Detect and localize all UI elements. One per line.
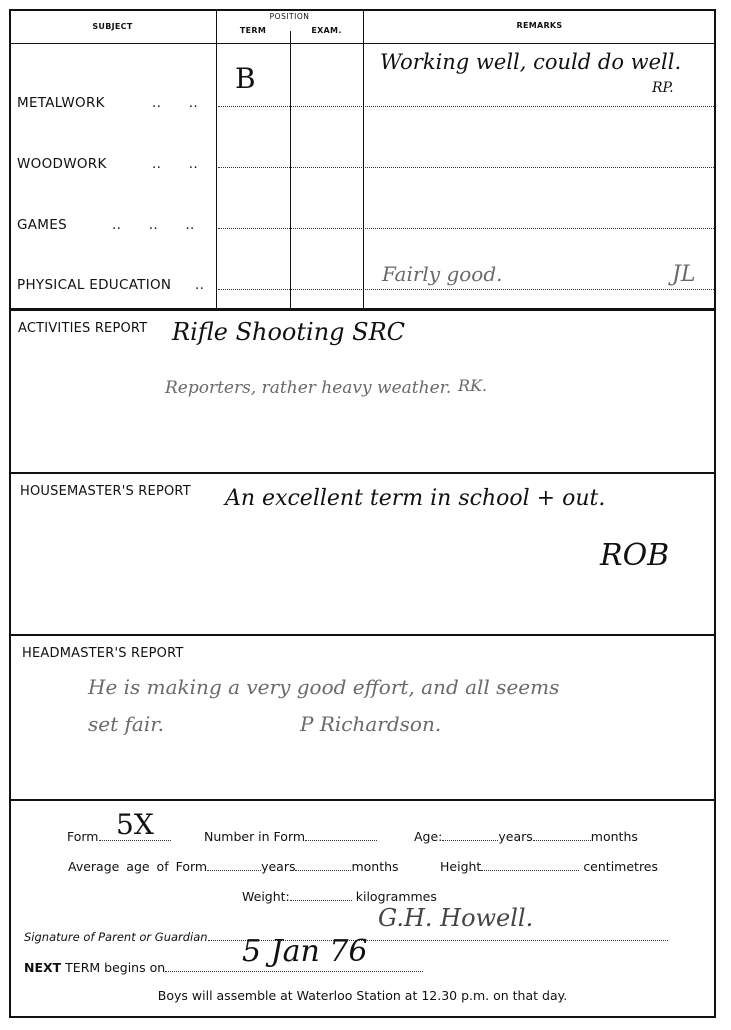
divider-headmaster-bottom xyxy=(9,799,716,801)
header-remarks: REMARKS xyxy=(363,21,716,30)
subject-metalwork: METALWORK xyxy=(17,95,105,111)
number-in-form-field: Number in Form xyxy=(204,829,377,844)
subject-games: GAMES xyxy=(17,217,67,233)
housemaster-comment: An excellent term in school + out. xyxy=(225,486,605,511)
form-value: 5X xyxy=(116,808,154,841)
form-label: Form xyxy=(67,829,99,844)
activities-comment: Reporters, rather heavy weather. xyxy=(165,378,451,398)
pe-remark: Fairly good. xyxy=(382,262,503,286)
assembly-note: Boys will assemble at Waterloo Station a… xyxy=(9,988,716,1003)
col-divider-term-exam xyxy=(290,31,291,309)
leader-woodwork: .. .. xyxy=(152,156,198,172)
divider-housemaster-bottom xyxy=(9,634,716,636)
header-term: TERM xyxy=(216,26,290,35)
header-exam: EXAM. xyxy=(290,26,363,35)
age-field: Age:yearsmonths xyxy=(414,829,638,844)
parent-signature: G.H. Howell. xyxy=(378,904,533,932)
headmaster-signature: P Richardson. xyxy=(300,712,441,736)
weight-field: Weight: kilogrammes xyxy=(242,889,437,904)
pe-remark-initials: JL xyxy=(672,262,695,287)
activities-report-label: ACTIVITIES REPORT xyxy=(18,321,147,336)
leader-physical-education: .. xyxy=(195,277,204,293)
housemaster-signature: ROB xyxy=(600,538,669,573)
row-line-metalwork xyxy=(218,106,714,107)
subject-physical-education: PHYSICAL EDUCATION xyxy=(17,277,171,293)
headmaster-comment-line1: He is making a very good effort, and all… xyxy=(88,675,559,699)
height-field: Height centimetres xyxy=(440,859,658,874)
col-divider-remarks xyxy=(363,9,364,309)
header-position: POSITION xyxy=(216,12,363,21)
divider-table-bottom xyxy=(9,308,716,311)
next-term-date: 5 Jan 76 xyxy=(242,934,368,969)
col-divider-subject xyxy=(216,9,217,309)
divider-activities-bottom xyxy=(9,472,716,474)
row-line-games xyxy=(218,228,714,229)
activities-initials: RK. xyxy=(458,376,487,395)
headmaster-comment-line2: set fair. xyxy=(88,712,164,736)
row-line-pe xyxy=(218,289,714,290)
housemaster-report-label: HOUSEMASTER'S REPORT xyxy=(20,484,191,499)
activities-activity: Rifle Shooting SRC xyxy=(172,318,405,346)
metalwork-remark-initials: RP. xyxy=(652,80,674,96)
row-line-woodwork xyxy=(218,167,714,168)
leader-metalwork: .. .. xyxy=(152,95,198,111)
headmaster-report-label: HEADMASTER'S REPORT xyxy=(22,646,184,661)
leader-games: .. .. .. xyxy=(112,217,195,233)
header-subject: SUBJECT xyxy=(9,22,216,31)
average-age-field: Average age of Formyearsmonths xyxy=(68,859,399,874)
subject-woodwork: WOODWORK xyxy=(17,156,107,172)
metalwork-term-position: B xyxy=(235,62,256,95)
metalwork-remark: Working well, could do well. xyxy=(380,50,681,74)
